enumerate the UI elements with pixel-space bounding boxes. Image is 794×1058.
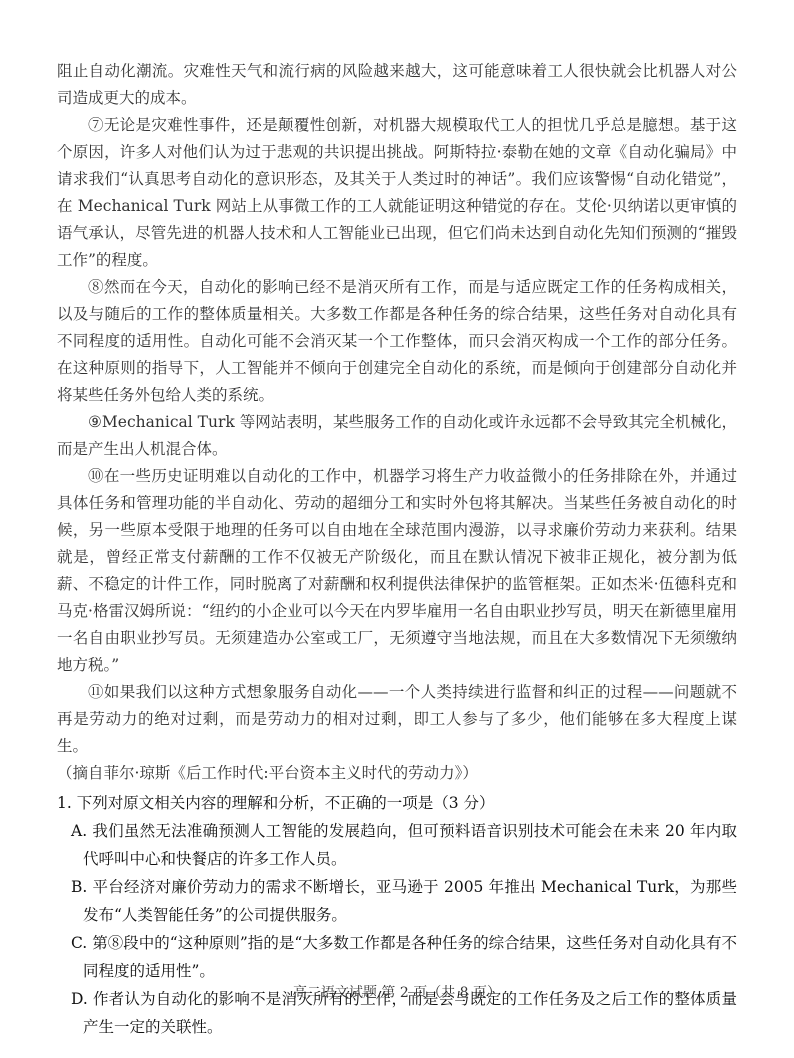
passage-paragraph-8: ⑧然而在今天，自动化的影响已经不是消灭所有工作，而是与适应既定工作的任务构成相关…	[57, 274, 737, 409]
reading-passage: 阻止自动化潮流。灾难性天气和流行病的风险越来越大，这可能意味着工人很快就会比机器…	[57, 58, 737, 787]
passage-paragraph-11: ⑪如果我们以这种方式想象服务自动化——一个人类持续进行监督和纠正的过程——问题就…	[57, 679, 737, 760]
question-1-stem: 1. 下列对原文相关内容的理解和分析，不正确的一项是（3 分）	[57, 789, 737, 817]
option-b-label: B.	[71, 878, 87, 896]
passage-attribution: （摘自菲尔·琼斯《后工作时代:平台资本主义时代的劳动力》）	[57, 760, 737, 787]
passage-paragraph-continuation: 阻止自动化潮流。灾难性天气和流行病的风险越来越大，这可能意味着工人很快就会比机器…	[57, 58, 737, 112]
option-c-text: 第⑧段中的“这种原则”指的是“大多数工作都是各种任务的综合结果，这些任务对自动化…	[83, 934, 737, 980]
question-1-option-c: C. 第⑧段中的“这种原则”指的是“大多数工作都是各种任务的综合结果，这些任务对…	[57, 929, 737, 985]
option-c-label: C.	[71, 934, 87, 952]
option-b-text: 平台经济对廉价劳动力的需求不断增长，亚马逊于 2005 年推出 Mechanic…	[83, 878, 737, 924]
question-1-stem-text: 下列对原文相关内容的理解和分析，不正确的一项是（3 分）	[77, 794, 495, 812]
option-a-label: A.	[71, 822, 87, 840]
question-1: 1. 下列对原文相关内容的理解和分析，不正确的一项是（3 分） A. 我们虽然无…	[57, 789, 737, 1041]
page-footer: 高二语文试题 第 2 页（共 8 页）	[0, 982, 794, 1002]
passage-paragraph-9: ⑨Mechanical Turk 等网站表明，某些服务工作的自动化或许永远都不会…	[57, 409, 737, 463]
question-1-option-b: B. 平台经济对廉价劳动力的需求不断增长，亚马逊于 2005 年推出 Mecha…	[57, 873, 737, 929]
option-a-text: 我们虽然无法准确预测人工智能的发展趋向，但可预料语音识别技术可能会在未来 20 …	[83, 822, 737, 868]
passage-paragraph-7: ⑦无论是灾难性事件，还是颠覆性创新，对机器大规模取代工人的担忧几乎总是臆想。基于…	[57, 112, 737, 274]
question-1-option-a: A. 我们虽然无法准确预测人工智能的发展趋向，但可预料语音识别技术可能会在未来 …	[57, 817, 737, 873]
passage-paragraph-10: ⑩在一些历史证明难以自动化的工作中，机器学习将生产力收益微小的任务排除在外，并通…	[57, 463, 737, 679]
exam-page: 阻止自动化潮流。灾难性天气和流行病的风险越来越大，这可能意味着工人很快就会比机器…	[0, 0, 794, 1058]
question-1-number: 1.	[57, 794, 72, 812]
